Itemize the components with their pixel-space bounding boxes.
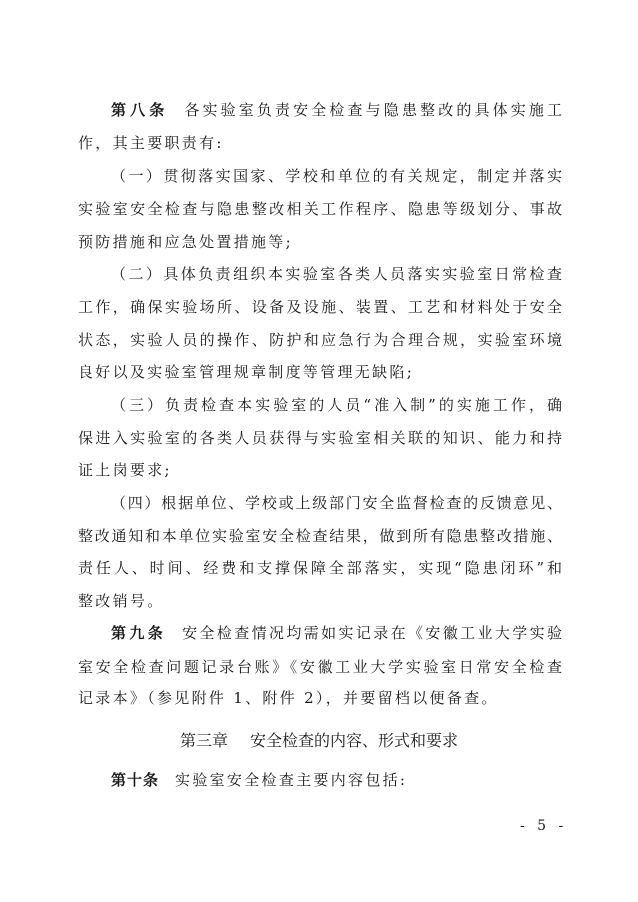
article8-item4-line-1: （四）根据单位、学校或上级部门安全监督检查的反馈意见、	[111, 491, 562, 515]
chapter-heading: 第三章安全检查的内容、形式和要求	[0, 729, 638, 753]
article8-item3-line-3: 证上岗要求;	[78, 458, 562, 482]
article8-heading: 第八条	[111, 101, 168, 119]
article8-item1-line-2: 实验室安全检查与隐患整改相关工作程序、隐患等级划分、事故	[78, 197, 562, 221]
article8-line-2: 作，其主要职责有:	[78, 131, 562, 155]
article9-line-3: 记录本》（参见附件 1、附件 2），并要留档以便备查。	[78, 686, 562, 710]
article8-item1-line-3: 预防措施和应急处置措施等;	[78, 230, 562, 254]
document-page: 第八条各实验室负责安全检查与隐患整改的具体实施工 作，其主要职责有: （一）贯彻…	[0, 0, 638, 902]
article9-heading: 第九条	[111, 624, 166, 642]
article10-line-1: 第十条实验室安全检查主要内容包括:	[111, 768, 562, 792]
article8-item2-line-3: 状态，实验人员的操作、防护和应急行为合理合规，实验室环境	[78, 328, 562, 352]
chapter-number: 第三章	[180, 731, 228, 750]
article9-line-2: 室安全检查问题记录台账》《安徽工业大学实验室日常安全检查	[78, 655, 562, 679]
article8-item2-line-2: 工作，确保实验场所、设备及设施、装置、工艺和材料处于安全	[78, 295, 562, 319]
article8-item3-line-1: （三）负责检查本实验室的人员“准入制”的实施工作，确	[111, 393, 562, 417]
article8-item4-line-4: 整改销号。	[78, 589, 562, 613]
article8-item4-line-3: 责任人、时间、经费和支撑保障全部落实，实现“隐患闭环”和	[78, 556, 562, 580]
article9-line-1: 第九条安全检查情况均需如实记录在《安徽工业大学实验	[111, 621, 562, 645]
article8-line-1: 第八条各实验室负责安全检查与隐患整改的具体实施工	[111, 98, 562, 122]
article10-heading: 第十条	[111, 771, 159, 789]
article8-item2-line-1: （二）具体负责组织本实验室各类人员落实实验室日常检查	[111, 262, 562, 286]
page-number: - 5 -	[520, 816, 567, 836]
article8-item1-line-1: （一）贯彻落实国家、学校和单位的有关规定，制定并落实	[111, 164, 562, 188]
article8-item4-line-2: 整改通知和本单位实验室安全检查结果，做到所有隐患整改措施、	[78, 524, 562, 548]
article8-item3-line-2: 保进入实验室的各类人员获得与实验室相关联的知识、能力和持	[78, 426, 562, 450]
chapter-title: 安全检查的内容、形式和要求	[250, 731, 458, 750]
article8-item2-line-4: 良好以及实验室管理规章制度等管理无缺陷;	[78, 360, 562, 384]
